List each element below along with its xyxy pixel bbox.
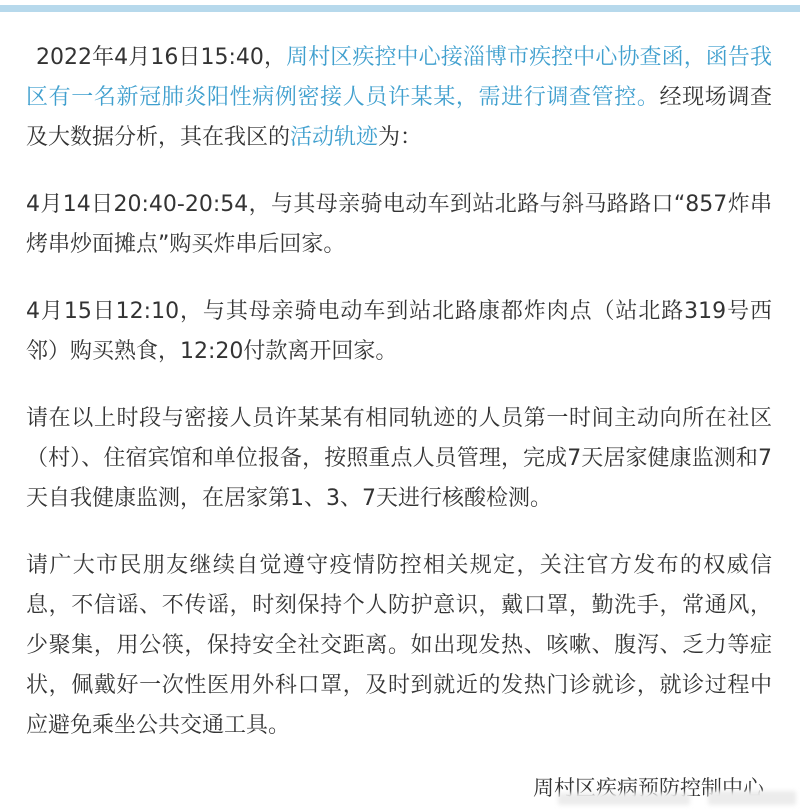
paragraph-advice: 请广大市民朋友继续自觉遵守疫情防控相关规定，关注官方发布的权威信息，不信谣、不传…: [26, 546, 772, 746]
paragraph-instructions: 请在以上时段与密接人员许某某有相同轨迹的人员第一时间主动向所在社区（村）、住宿宾…: [26, 399, 772, 519]
paragraph-intro: 2022年4月16日15:40，周村区疾控中心接淄博市疾控中心协查函，函告我区有…: [26, 38, 772, 158]
faint-cutoff-text: [558, 793, 690, 805]
paragraph-track-apr15: 4月15日12:10，与其母亲骑电动车到站北路康都炸肉点（站北路319号西邻）购…: [26, 292, 772, 372]
paragraph-track-apr14: 4月14日20:40-20:54，与其母亲骑电动车到站北路与斜马路路口“857炸…: [26, 185, 772, 265]
highlighted-text-segment: 活动轨迹: [290, 125, 378, 150]
text-segment: 2022年4月16日15:40，: [36, 45, 286, 70]
top-accent-bar: [0, 5, 800, 12]
faint-cutoff-text: [708, 791, 796, 805]
notice-body: 2022年4月16日15:40，周村区疾控中心接淄博市疾控中心协查函，函告我区有…: [0, 0, 800, 803]
notice-document: 2022年4月16日15:40，周村区疾控中心接淄博市疾控中心协查函，函告我区有…: [0, 0, 800, 803]
text-segment: 为：: [378, 125, 422, 150]
